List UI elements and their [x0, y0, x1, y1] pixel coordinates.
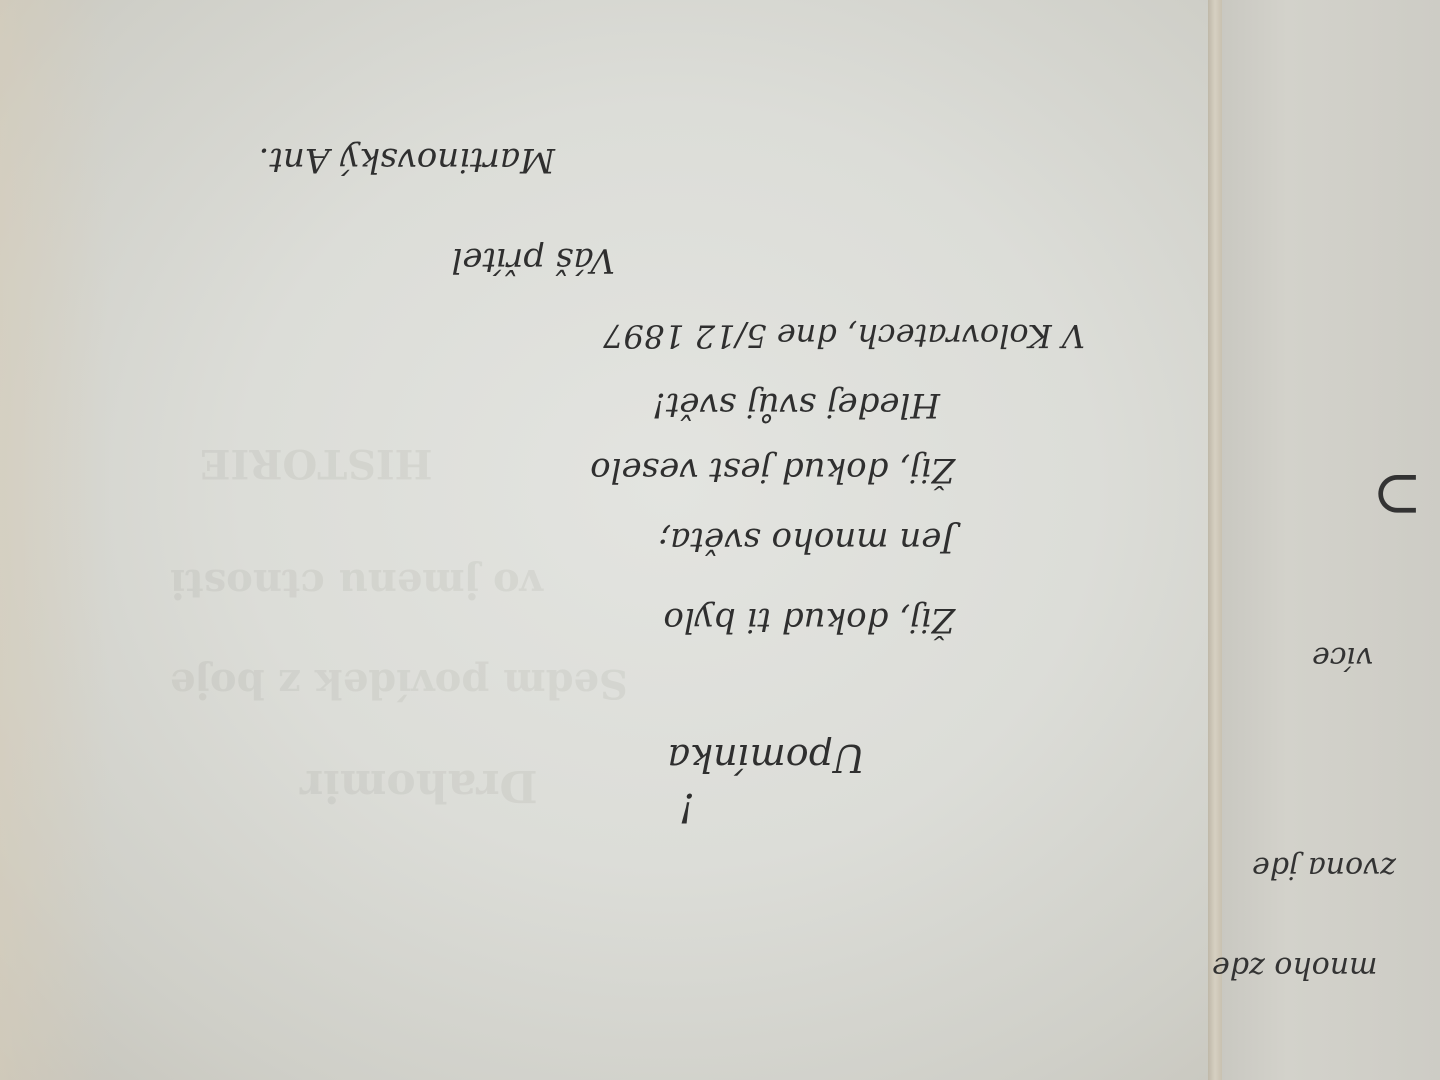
right-fragment-1: více: [1312, 640, 1373, 675]
closing: Váš přítel: [451, 240, 615, 280]
right-fragment-loop: ⊃: [1372, 460, 1422, 530]
right-page: více mnoho zde zvona jde ⊃: [1222, 0, 1440, 1080]
poem-line-1: Žij, dokud ti bylo: [663, 600, 955, 640]
dedication-block: Upomínka ! Žij, dokud ti bylo Jen mnoho …: [0, 0, 1215, 1080]
dedication-title-mark: !: [679, 784, 695, 830]
left-page: Drahomir Sedm povídek z boje vo jmenu ct…: [0, 0, 1215, 1080]
right-fragment-3: zvona jde: [1252, 850, 1396, 885]
right-fragment-2: mnoho zde: [1212, 950, 1378, 985]
signature: Martinovský Ant.: [259, 140, 555, 180]
poem-line-4: Hledej svůj svět!: [652, 385, 940, 425]
book-gutter: [1208, 0, 1222, 1080]
poem-line-3: Žij, dokud jest veselo: [590, 450, 955, 490]
place-date: V Kolovratech, dne 5/12 1897: [603, 317, 1085, 355]
dedication-title: Upomínka: [667, 736, 865, 780]
poem-line-2: Jen mnoho světa;: [659, 520, 955, 560]
